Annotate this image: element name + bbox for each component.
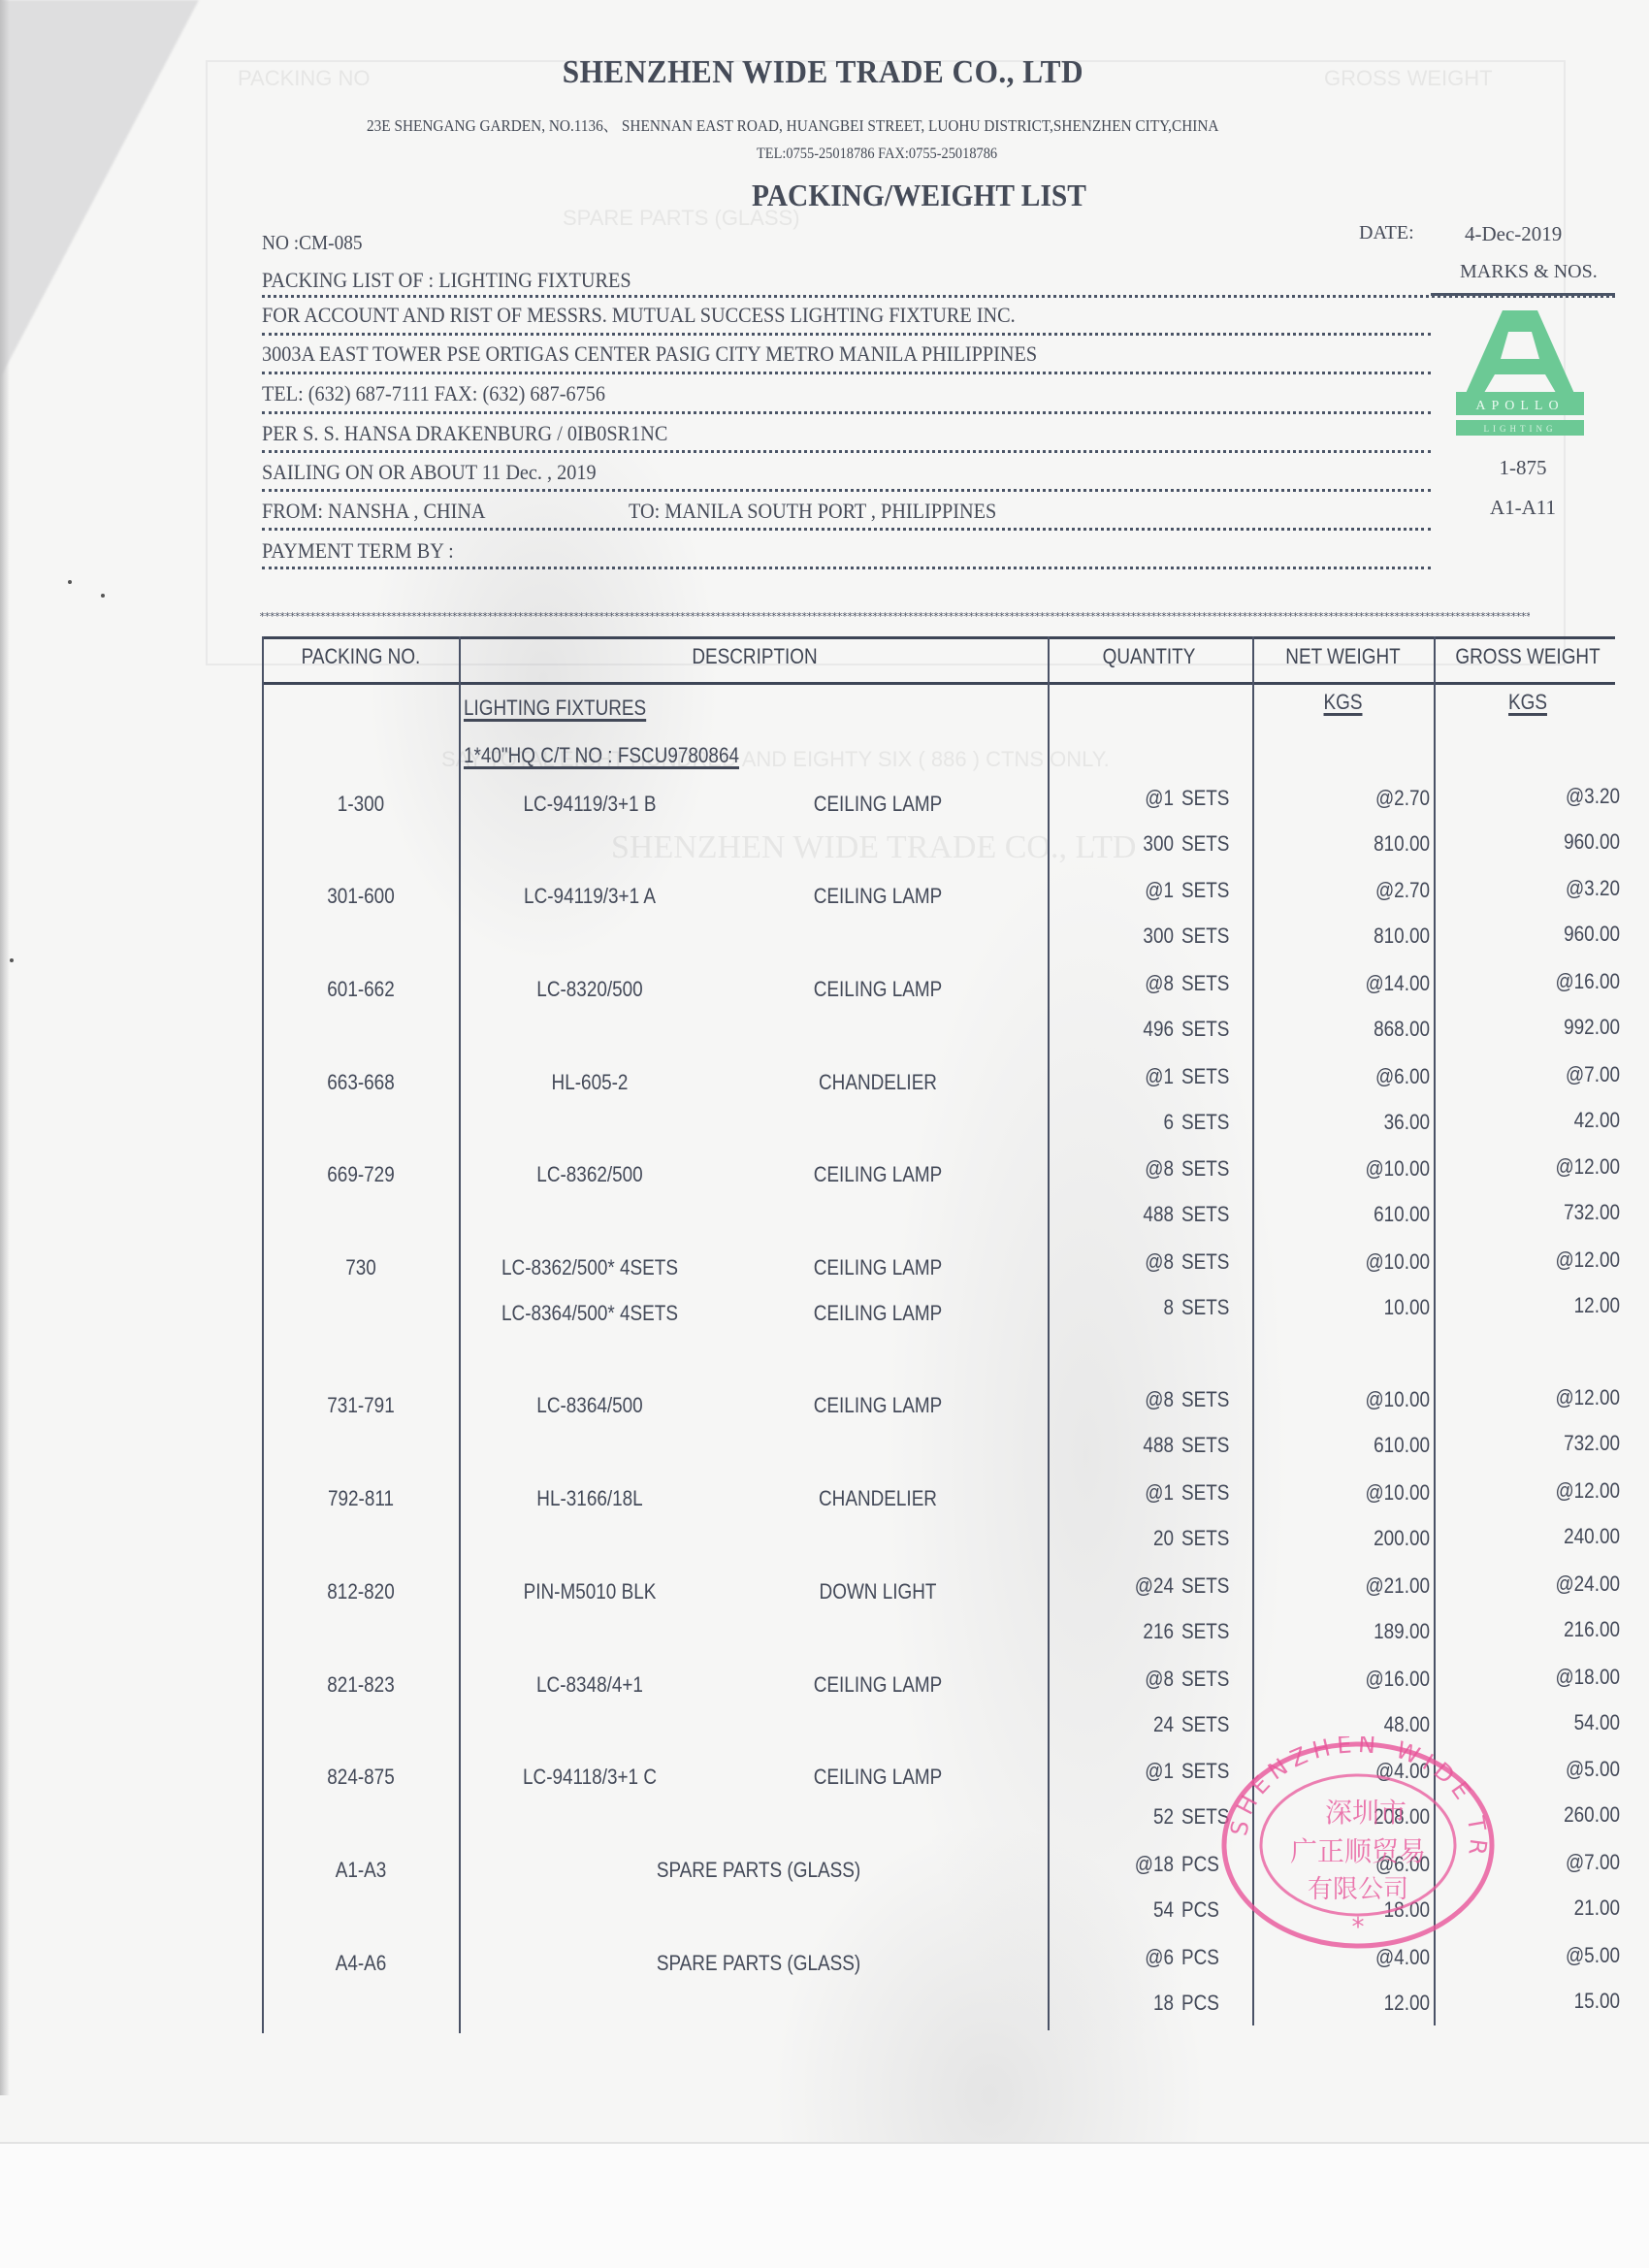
qty-unit-cell: SETS bbox=[1181, 971, 1240, 996]
model-cell: LC-94119/3+1 B bbox=[481, 792, 698, 817]
gross-weight-total-cell: 260.00 bbox=[1462, 1802, 1620, 1828]
product-name-cell: CEILING LAMP bbox=[765, 792, 990, 817]
dotted-rule bbox=[262, 450, 1431, 453]
header-net-weight: NET WEIGHT bbox=[1267, 644, 1419, 669]
dotted-rule bbox=[262, 295, 1615, 298]
qty-per-carton-cell: @8 bbox=[1074, 1156, 1174, 1182]
product-name-cell: CEILING LAMP bbox=[765, 1301, 990, 1326]
document-title: PACKING/WEIGHT LIST bbox=[752, 178, 1086, 213]
qty-per-carton-cell: @1 bbox=[1074, 1759, 1174, 1784]
net-weight-total-cell: 810.00 bbox=[1283, 831, 1430, 857]
net-weight-total-cell: 10.00 bbox=[1283, 1295, 1430, 1320]
col-divider bbox=[1252, 636, 1254, 2025]
packing-no-cell: 601-662 bbox=[277, 977, 444, 1002]
scan-bottom-strip bbox=[0, 2142, 1649, 2268]
product-name-cell: CEILING LAMP bbox=[765, 1672, 990, 1698]
gross-weight-per-cell: @12.00 bbox=[1462, 1247, 1620, 1273]
net-weight-per-cell: @21.00 bbox=[1283, 1573, 1430, 1599]
product-name-cell: CHANDELIER bbox=[765, 1486, 990, 1511]
net-weight-total-cell: 208.00 bbox=[1283, 1804, 1430, 1830]
gross-weight-total-cell: 42.00 bbox=[1462, 1108, 1620, 1133]
table-border-left bbox=[262, 636, 264, 2033]
vessel-line: PER S. S. HANSA DRAKENBURG / 0IB0SR1NC bbox=[262, 421, 667, 446]
packing-no-cell: A1-A3 bbox=[277, 1858, 444, 1883]
gross-weight-total-cell: 54.00 bbox=[1462, 1710, 1620, 1735]
qty-total-cell: 488 bbox=[1074, 1433, 1174, 1458]
to-port: TO: MANILA SOUTH PORT , PHILIPPINES bbox=[629, 499, 996, 524]
product-name-cell: CEILING LAMP bbox=[765, 1255, 990, 1280]
gross-weight-total-cell: 960.00 bbox=[1462, 829, 1620, 855]
qty-total-cell: 216 bbox=[1074, 1619, 1174, 1644]
qty-per-carton-cell: @1 bbox=[1074, 1480, 1174, 1506]
qty-total-cell: 300 bbox=[1074, 923, 1174, 949]
gross-weight-per-cell: @7.00 bbox=[1462, 1850, 1620, 1875]
qty-total-cell: 6 bbox=[1074, 1110, 1174, 1135]
qty-per-carton-cell: @6 bbox=[1074, 1945, 1174, 1970]
qty-total-cell: 20 bbox=[1074, 1526, 1174, 1551]
header-quantity: QUANTITY bbox=[1063, 644, 1234, 669]
net-weight-total-cell: 36.00 bbox=[1283, 1110, 1430, 1135]
gross-unit-kgs: KGS bbox=[1448, 690, 1606, 715]
model-cell: PIN-M5010 BLK bbox=[481, 1579, 698, 1604]
gross-weight-per-cell: @24.00 bbox=[1462, 1571, 1620, 1597]
model-cell: LC-8362/500 bbox=[481, 1162, 698, 1187]
qty-unit-cell: SETS bbox=[1181, 1619, 1240, 1644]
scan-speck bbox=[101, 594, 105, 598]
net-weight-per-cell: @10.00 bbox=[1283, 1387, 1430, 1412]
qty-unit-cell: SETS bbox=[1181, 1667, 1240, 1692]
packing-no-cell: 663-668 bbox=[277, 1070, 444, 1095]
gross-weight-total-cell: 732.00 bbox=[1462, 1200, 1620, 1225]
qty-total-cell: 488 bbox=[1074, 1202, 1174, 1227]
company-name: SHENZHEN WIDE TRADE CO., LTD bbox=[64, 54, 1581, 91]
qty-total-cell: 52 bbox=[1074, 1804, 1174, 1830]
logo-sub: LIGHTING bbox=[1484, 424, 1557, 434]
model-cell: LC-94119/3+1 A bbox=[481, 884, 698, 909]
gross-weight-total-cell: 15.00 bbox=[1462, 1989, 1620, 2014]
gross-weight-total-cell: 240.00 bbox=[1462, 1524, 1620, 1549]
col-divider bbox=[459, 636, 461, 2033]
gross-weight-per-cell: @12.00 bbox=[1462, 1478, 1620, 1504]
qty-per-carton-cell: @1 bbox=[1074, 786, 1174, 811]
qty-unit-cell: PCS bbox=[1181, 1897, 1240, 1923]
net-weight-total-cell: 189.00 bbox=[1283, 1619, 1430, 1644]
net-weight-total-cell: 810.00 bbox=[1283, 923, 1430, 949]
net-weight-total-cell: 12.00 bbox=[1283, 1991, 1430, 2016]
svg-text:SHENZHEN WIDE TRADE CO., LTD: SHENZHEN WIDE TRADE CO., LTD bbox=[1220, 1736, 1492, 1862]
gross-weight-total-cell: 21.00 bbox=[1462, 1895, 1620, 1921]
model-cell: HL-3166/18L bbox=[481, 1486, 698, 1511]
net-weight-total-cell: 48.00 bbox=[1283, 1712, 1430, 1737]
table-header-rule bbox=[262, 682, 1615, 685]
qty-unit-cell: SETS bbox=[1181, 1480, 1240, 1506]
product-name-cell: CEILING LAMP bbox=[765, 1393, 990, 1418]
qty-unit-cell: SETS bbox=[1181, 786, 1240, 811]
qty-unit-cell: PCS bbox=[1181, 1945, 1240, 1970]
qty-per-carton-cell: @8 bbox=[1074, 1387, 1174, 1412]
sailing-line: SAILING ON OR ABOUT 11 Dec. , 2019 bbox=[262, 460, 597, 485]
qty-per-carton-cell: @8 bbox=[1074, 1667, 1174, 1692]
net-weight-total-cell: 868.00 bbox=[1283, 1017, 1430, 1042]
qty-per-carton-cell: @8 bbox=[1074, 1249, 1174, 1275]
scan-speck bbox=[68, 580, 72, 584]
product-name-cell: DOWN LIGHT bbox=[765, 1579, 990, 1604]
qty-unit-cell: SETS bbox=[1181, 1295, 1240, 1320]
packing-list-of: PACKING LIST OF : LIGHTING FIXTURES bbox=[262, 268, 631, 293]
packing-no-cell: 730 bbox=[277, 1255, 444, 1280]
consignee-tel-fax: TEL: (632) 687-7111 FAX: (632) 687-6756 bbox=[262, 381, 605, 406]
model-cell: LC-8320/500 bbox=[481, 977, 698, 1002]
qty-per-carton-cell: @24 bbox=[1074, 1573, 1174, 1599]
net-weight-per-cell: @14.00 bbox=[1283, 971, 1430, 996]
gross-weight-per-cell: @3.20 bbox=[1462, 876, 1620, 901]
from-port: FROM: NANSHA , CHINA bbox=[262, 499, 486, 524]
qty-unit-cell: SETS bbox=[1181, 1759, 1240, 1784]
qty-unit-cell: SETS bbox=[1181, 1712, 1240, 1737]
qty-total-cell: 24 bbox=[1074, 1712, 1174, 1737]
qty-unit-cell: SETS bbox=[1181, 1804, 1240, 1830]
company-address: 23E SHENGANG GARDEN, NO.1136、 SHENNAN EA… bbox=[367, 112, 1218, 136]
gross-weight-per-cell: @5.00 bbox=[1462, 1757, 1620, 1782]
gross-weight-total-cell: 992.00 bbox=[1462, 1015, 1620, 1040]
gross-weight-per-cell: @5.00 bbox=[1462, 1943, 1620, 1968]
net-weight-per-cell: @10.00 bbox=[1283, 1156, 1430, 1182]
qty-unit-cell: SETS bbox=[1181, 1249, 1240, 1275]
gross-weight-per-cell: @16.00 bbox=[1462, 969, 1620, 994]
net-weight-per-cell: @4.00 bbox=[1283, 1759, 1430, 1784]
qty-total-cell: 496 bbox=[1074, 1017, 1174, 1042]
qty-per-carton-cell: @18 bbox=[1074, 1852, 1174, 1877]
net-weight-total-cell: 610.00 bbox=[1283, 1202, 1430, 1227]
qty-total-cell: 54 bbox=[1074, 1897, 1174, 1923]
page-edge-shadow bbox=[0, 0, 10, 2095]
model-cell: LC-8348/4+1 bbox=[481, 1672, 698, 1698]
gross-weight-total-cell: 12.00 bbox=[1462, 1293, 1620, 1318]
dotted-rule bbox=[262, 333, 1431, 336]
qty-unit-cell: SETS bbox=[1181, 1064, 1240, 1089]
dotted-rule bbox=[262, 372, 1431, 374]
gross-weight-total-cell: 732.00 bbox=[1462, 1431, 1620, 1456]
net-weight-per-cell: @4.00 bbox=[1283, 1945, 1430, 1970]
qty-unit-cell: SETS bbox=[1181, 1433, 1240, 1458]
qty-unit-cell: PCS bbox=[1181, 1852, 1240, 1877]
scanned-page: PACKING NO GROSS WEIGHT SPARE PARTS (GLA… bbox=[0, 0, 1649, 2268]
net-weight-total-cell: 610.00 bbox=[1283, 1433, 1430, 1458]
gross-weight-total-cell: 960.00 bbox=[1462, 922, 1620, 947]
logo-brand: APOLLO bbox=[1475, 399, 1564, 413]
account-line: FOR ACCOUNT AND RIST OF MESSRS. MUTUAL S… bbox=[262, 303, 1016, 328]
product-name-cell: CEILING LAMP bbox=[765, 1765, 990, 1790]
qty-unit-cell: SETS bbox=[1181, 1387, 1240, 1412]
packing-no-cell: 824-875 bbox=[277, 1765, 444, 1790]
marks-range-spares: A1-A11 bbox=[1431, 496, 1615, 520]
packing-no-cell: 792-811 bbox=[277, 1486, 444, 1511]
gross-weight-per-cell: @7.00 bbox=[1462, 1062, 1620, 1087]
marks-label: MARKS & NOS. bbox=[1460, 261, 1598, 283]
table-top-rule bbox=[262, 636, 1615, 639]
qty-unit-cell: SETS bbox=[1181, 1526, 1240, 1551]
stamp-outer-text: SHENZHEN WIDE TRADE CO., LTD bbox=[1220, 1736, 1492, 1862]
consignee-address: 3003A EAST TOWER PSE ORTIGAS CENTER PASI… bbox=[262, 341, 1037, 367]
net-weight-per-cell: @16.00 bbox=[1283, 1667, 1430, 1692]
qty-total-cell: 18 bbox=[1074, 1991, 1174, 2016]
product-name-cell: CEILING LAMP bbox=[765, 977, 990, 1002]
qty-unit-cell: SETS bbox=[1181, 1573, 1240, 1599]
gross-weight-total-cell: 216.00 bbox=[1462, 1617, 1620, 1642]
model-cell: LC-8364/500 bbox=[481, 1393, 698, 1418]
date-value: 4-Dec-2019 bbox=[1465, 222, 1562, 246]
model-cell: HL-605-2 bbox=[481, 1070, 698, 1095]
gross-weight-per-cell: @3.20 bbox=[1462, 784, 1620, 809]
product-name-cell: CHANDELIER bbox=[765, 1070, 990, 1095]
qty-unit-cell: SETS bbox=[1181, 1156, 1240, 1182]
qty-unit-cell: SETS bbox=[1181, 1110, 1240, 1135]
description-cell: SPARE PARTS (GLASS) bbox=[505, 1858, 1013, 1883]
qty-per-carton-cell: @1 bbox=[1074, 878, 1174, 903]
net-unit-kgs: KGS bbox=[1267, 690, 1419, 715]
dotted-rule bbox=[262, 411, 1431, 414]
qty-per-carton-cell: @1 bbox=[1074, 1064, 1174, 1089]
packing-no-cell: 1-300 bbox=[277, 792, 444, 817]
dotted-rule bbox=[262, 567, 1431, 569]
company-contact: TEL:0755-25018786 FAX:0755-25018786 bbox=[757, 146, 997, 163]
product-name-cell: CEILING LAMP bbox=[765, 1162, 990, 1187]
net-weight-per-cell: @2.70 bbox=[1283, 878, 1430, 903]
model-cell: LC-94118/3+1 C bbox=[481, 1765, 698, 1790]
gross-weight-per-cell: @12.00 bbox=[1462, 1385, 1620, 1410]
packing-no-cell: 731-791 bbox=[277, 1393, 444, 1418]
net-weight-per-cell: @2.70 bbox=[1283, 786, 1430, 811]
container-number: 1*40"HQ C/T NO : FSCU9780864 bbox=[464, 743, 739, 768]
col-divider bbox=[1434, 636, 1436, 2025]
header-description: DESCRIPTION bbox=[504, 644, 1005, 669]
dotted-rule bbox=[262, 528, 1431, 531]
section-title: LIGHTING FIXTURES bbox=[464, 696, 646, 721]
qty-unit-cell: SETS bbox=[1181, 1202, 1240, 1227]
marks-range-cartons: 1-875 bbox=[1431, 456, 1615, 480]
description-cell: SPARE PARTS (GLASS) bbox=[505, 1951, 1013, 1976]
packing-no-cell: 821-823 bbox=[277, 1672, 444, 1698]
qty-unit-cell: SETS bbox=[1181, 1017, 1240, 1042]
qty-unit-cell: PCS bbox=[1181, 1991, 1240, 2016]
product-name-cell: CEILING LAMP bbox=[765, 884, 990, 909]
scan-speck bbox=[10, 958, 14, 962]
net-weight-total-cell: 200.00 bbox=[1283, 1526, 1430, 1551]
net-weight-per-cell: @10.00 bbox=[1283, 1480, 1430, 1506]
qty-total-cell: 300 bbox=[1074, 831, 1174, 857]
date-label: DATE: bbox=[1359, 222, 1414, 244]
dotted-rule bbox=[262, 489, 1431, 492]
qty-unit-cell: SETS bbox=[1181, 923, 1240, 949]
qty-total-cell: 8 bbox=[1074, 1295, 1174, 1320]
model-cell: LC-8364/500* 4SETS bbox=[481, 1301, 698, 1326]
gross-weight-per-cell: @12.00 bbox=[1462, 1154, 1620, 1180]
packing-no-cell: 812-820 bbox=[277, 1579, 444, 1604]
net-weight-per-cell: @6.00 bbox=[1283, 1852, 1430, 1877]
qty-unit-cell: SETS bbox=[1181, 878, 1240, 903]
net-weight-total-cell: 18.00 bbox=[1283, 1897, 1430, 1923]
net-weight-per-cell: @6.00 bbox=[1283, 1064, 1430, 1089]
qty-unit-cell: SETS bbox=[1181, 831, 1240, 857]
document-number: NO :CM-085 bbox=[262, 231, 363, 255]
payment-term: PAYMENT TERM BY : bbox=[262, 538, 454, 564]
apollo-logo-icon: APOLLO LIGHTING bbox=[1452, 303, 1588, 448]
net-weight-per-cell: @10.00 bbox=[1283, 1249, 1430, 1275]
asterisk-rule: ****************************************… bbox=[259, 612, 1530, 622]
header-packing-no: PACKING NO. bbox=[277, 644, 444, 669]
header-gross-weight: GROSS WEIGHT bbox=[1448, 644, 1606, 669]
packing-no-cell: A4-A6 bbox=[277, 1951, 444, 1976]
qty-per-carton-cell: @8 bbox=[1074, 971, 1174, 996]
gross-weight-per-cell: @18.00 bbox=[1462, 1665, 1620, 1690]
col-divider bbox=[1048, 636, 1050, 2030]
packing-no-cell: 669-729 bbox=[277, 1162, 444, 1187]
model-cell: LC-8362/500* 4SETS bbox=[481, 1255, 698, 1280]
packing-no-cell: 301-600 bbox=[277, 884, 444, 909]
